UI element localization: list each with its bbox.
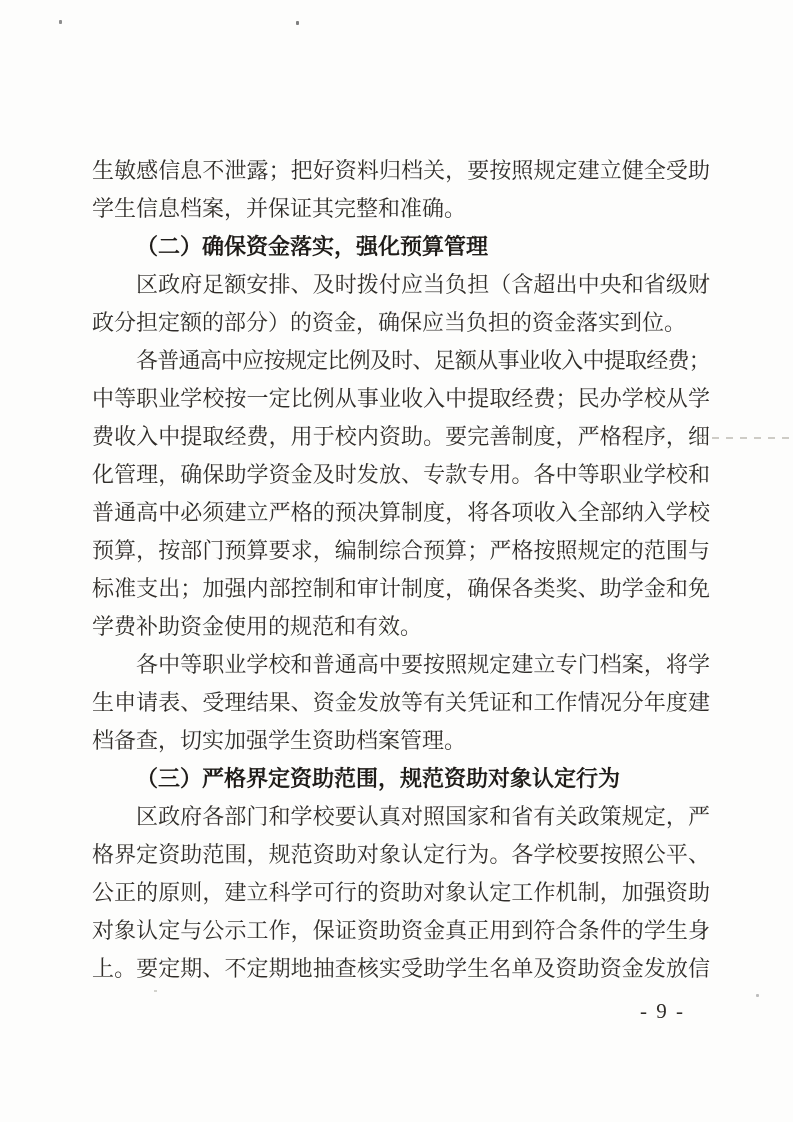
text-line: 格界定资助范围，规范资助对象认定行为。各学校要按照公平、 — [92, 836, 710, 874]
text-line: 区政府足额安排、及时拨付应当负担（含超出中央和省级财 — [92, 266, 710, 304]
scan-artifact-speck — [756, 994, 759, 997]
text-line: 各中等职业学校和普通高中要按照规定建立专门档案，将学 — [92, 646, 710, 684]
document-body: 生敏感信息不泄露；把好资料归档关，要按照规定建立健全受助 学生信息档案，并保证其… — [92, 152, 710, 988]
text-line: 生申请表、受理结果、资金发放等有关凭证和工作情况分年度建 — [92, 684, 710, 722]
text-line: 标准支出；加强内部控制和审计制度，确保各类奖、助学金和免 — [92, 570, 710, 608]
text-line: 预算，按部门预算要求，编制综合预算；严格按照规定的范围与 — [92, 532, 710, 570]
text-line: 普通高中必须建立严格的预决算制度，将各项收入全部纳入学校 — [92, 494, 710, 532]
text-line: 政分担定额的部分）的资金，确保应当负担的资金落实到位。 — [92, 304, 710, 342]
page-number: - 9 - — [640, 998, 685, 1024]
text-line: 对象认定与公示工作，保证资助资金真正用到符合条件的学生身 — [92, 912, 710, 950]
text-line: 中等职业学校按一定比例从事业收入中提取经费；民办学校从学 — [92, 380, 710, 418]
text-line: 区政府各部门和学校要认真对照国家和省有关政策规定，严 — [92, 798, 710, 836]
document-page: 生敏感信息不泄露；把好资料归档关，要按照规定建立健全受助 学生信息档案，并保证其… — [0, 0, 793, 1122]
text-line: 各普通高中应按规定比例及时、足额从事业收入中提取经费； — [92, 342, 710, 380]
text-line: 上。要定期、不定期地抽查核实受助学生名单及资助资金发放信 — [92, 950, 710, 988]
text-line: 学生信息档案，并保证其完整和准确。 — [92, 190, 710, 228]
scan-artifact-speck — [296, 21, 299, 25]
scan-artifact-speck — [59, 20, 62, 24]
text-line: 学费补助资金使用的规范和有效。 — [92, 608, 710, 646]
text-line: 生敏感信息不泄露；把好资料归档关，要按照规定建立健全受助 — [92, 152, 710, 190]
scan-artifact-speck — [154, 990, 157, 992]
section-heading-2: （二）确保资金落实，强化预算管理 — [92, 228, 710, 266]
section-heading-3: （三）严格界定资助范围，规范资助对象认定行为 — [92, 760, 710, 798]
text-line: 公正的原则，建立科学可行的资助对象认定工作机制，加强资助 — [92, 874, 710, 912]
text-line: 档备查，切实加强学生资助档案管理。 — [92, 722, 710, 760]
scan-artifact-dashes — [698, 437, 790, 439]
text-line: 化管理，确保助学资金及时发放、专款专用。各中等职业学校和 — [92, 456, 710, 494]
text-line: 费收入中提取经费，用于校内资助。要完善制度，严格程序，细 — [92, 418, 710, 456]
